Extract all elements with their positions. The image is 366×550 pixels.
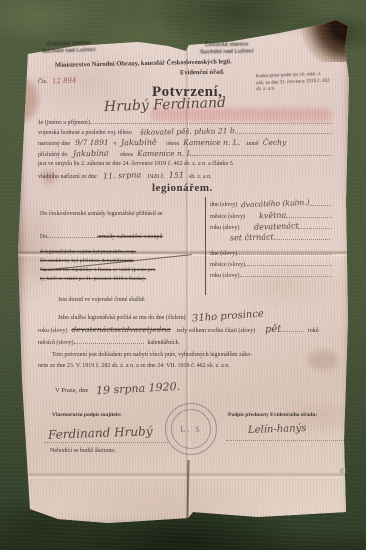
date-label: roku (slovy) [210,273,240,279]
domicile-place-handwritten: Jakubína [72,149,108,159]
photo-of-document-on-carpet: Četnická stanice Suchdol nad Lužnicí Čet… [0,0,366,550]
blank-line [274,233,330,240]
service-total-unit: roků [308,328,319,334]
law-paragraph-text: nem ze dne 23. V. 1919 č. 282 sb. z. a n… [38,363,230,369]
date-row-blank: roku (slovy) [210,270,332,279]
official-seal-stamp: L. S [165,403,217,455]
born-district-handwritten: Kamenice n. L. [183,138,240,147]
domicile-field-label: příslušný do [38,152,68,158]
office-header: Evidenční úřad. [180,69,225,77]
form-line-rank: vojenská hodnost a poslední voj. těleso … [38,127,332,136]
owner-signature-label: Vlastnoruční podpis majitele: [52,412,122,418]
service-total-label: tedy celkem vcelku čítati (slovy) [177,328,256,334]
strike-note-line: Nehodící se budiž škrtnuto. [50,448,116,454]
legionnaire-heading-text: legionářem. [152,182,213,194]
blank-line [240,270,333,277]
note-line: sb. z. a n. [256,85,330,94]
blank-line [74,337,144,344]
blank-line [90,117,332,124]
service-year-label: roku (slovy) [38,328,68,334]
signature-line-right [226,439,344,441]
enlist-line-2: Do armády zahraniční vstoupil [40,231,200,240]
document-content: Četnická stanice Suchdol nad Lužnicí Čet… [0,0,366,550]
born-in-label: v [114,141,117,147]
rubber-stamp-right: Četnická stanice Suchdol nad Lužnicí [200,42,254,57]
date-row: dne (slovy) dvacátého (kulm.) [210,199,332,208]
law2-mid: 1920 č. [147,174,165,180]
number-label: Čís. [38,79,48,85]
date-label: roku (slovy) [210,225,240,231]
date-value-handwritten: dvacátého (kulm.) [241,198,310,209]
enlist2-struck-text: armády zahraniční vstoupil [97,234,162,240]
chief-signature-label: Podpis přednosty Evidenčního úřadu: [228,412,317,418]
domicile-district-handwritten: Kamenice n. L. [137,149,194,158]
service-months-line: měsíců (slovy) kalendářních. [38,337,238,346]
service-year-line: roku (slovy) devatenáctsetdvacetjedna te… [38,324,332,335]
law2-number-handwritten: 151 [169,171,184,180]
born-land-label: země [246,141,259,147]
law1-text: jest ve smyslu §u 2. zákona ze dne 24. č… [38,161,234,167]
number-row: Čís. 12.894 [38,77,76,85]
blank-line [237,248,332,255]
blank-line [245,259,332,266]
service-count-label: Jeho služba legionářská počítá se mu do … [58,315,186,321]
domicile-district-label: okres [120,152,133,158]
date-row-blank: dne (slovy) [210,248,332,257]
ministry-line: Ministerstvo Národní Obrany, kancelář Če… [55,58,232,69]
service-months-unit: kalendářních. [148,340,180,346]
law2-post: sb. z. a n. [189,174,212,180]
date-label: dne (slovy) [210,202,237,208]
stamp-exemption-note: Kolku prost podle §u 18. odst. 2. zák. z… [256,72,330,94]
blank-line [310,199,332,206]
born-land-handwritten: Čechy [263,138,286,147]
owner-signature-text: Ferdinand Hrubý [48,424,153,442]
date-label: měsíce (slovy) [210,262,245,268]
blank-line [237,127,332,134]
born-place-handwritten: Jakubíně [121,138,157,148]
service-year-struck-handwritten: devatenáctsetdvacetjedna [72,325,171,334]
law-paragraph-line1: Toto potvrzení jest dokladem pro nabytí … [52,352,334,358]
enlist-label: Do československé armády legionářské při… [40,211,162,217]
law-paragraph-text: Toto potvrzení jest dokladem pro nabytí … [52,352,252,358]
owner-signature-label-text: Vlastnoruční podpis majitele: [52,412,122,418]
date-row: měsíce (slovy) května [210,211,332,220]
blank-line [194,149,332,156]
form-line-born: narozený dne 9/7 1891 v Jakubíně okres K… [38,138,332,147]
release-line: Z legionářského vojska byl propuštěn, re… [40,249,136,255]
stamp-line: Suchdol nad Lužnicí [200,48,254,56]
ministry-header: Ministerstvo Národní Obrany, kancelář Če… [55,56,335,69]
chief-signature-text: Lelín-hanýs [248,423,307,436]
release-line: ty, kteří se vrátili po 31. prosinci 191… [40,276,146,282]
seal-ls-text: L. S [180,425,201,434]
law2-date-handwritten: 11. srpna [103,170,142,180]
place-date-line: V Praze, dne 19 srpna 1920. [55,382,180,395]
enlist2-prefix: Do [40,234,47,240]
law2-pre: vládního nařízení ze dne [38,174,97,180]
date-row-blank: měsíce (slovy) [210,259,332,268]
rank-field-label: vojenská hodnost a poslední voj. těleso [38,130,132,136]
date-label: měsíce (slovy) [210,214,245,220]
date-value-handwritten: set čtrnáct [230,233,274,243]
date-label: dne (slovy) [210,251,237,257]
born-date-handwritten: 9/7 1891 [75,138,109,147]
stamp-line: Suchdol nad Lužnicí [42,47,96,56]
form-line-law2: vládního nařízení ze dne 11. srpna 1920 … [38,171,332,180]
place-date-label: V Praze, dne [55,387,88,394]
strike-note-text: Nehodící se budiž škrtnuto. [50,448,116,454]
date-value-handwritten: devatenáct [253,221,298,232]
born-district-label: okres [166,141,179,147]
release-text: ty, kteří se vrátili po 31. prosinci 191… [40,276,146,282]
date-row: roku (slovy) devatenáct [210,222,332,231]
name-field-label: že (jméno a příjmení) [38,120,90,126]
pencil-mark-text: 61. [340,468,350,475]
chief-signature-label-text: Podpis přednosty Evidenčního úřadu: [228,412,317,418]
law-paragraph-line2: nem ze dne 23. V. 1919 č. 282 sb. z. a n… [38,363,332,369]
date-row: set čtrnáct [230,233,330,242]
legionnaire-heading: legionářem. [152,182,213,194]
blank-line [286,211,332,218]
enlist-line: Do československé armády legionářské při… [40,211,162,217]
born-field-label: narozený dne [38,141,70,147]
signature-line-left [44,441,168,443]
release-text: Z legionářského vojska byl propuštěn, re… [40,249,136,255]
chief-signature-handwritten: Lelín-hanýs [248,423,307,436]
form-line-law1: jest ve smyslu §u 2. zákona ze dne 24. č… [38,161,332,167]
service-count-date-handwritten: 31ho prosince [191,309,263,325]
pencil-mark: 61. [340,468,350,475]
active-service-text: Jest dosud ve vojenské činné službě. [58,297,146,303]
blank-line [282,325,304,332]
owner-signature-handwritten: Ferdinand Hrubý [48,424,153,442]
place-date-handwritten: 19 srpna 1920. [96,380,181,397]
date-value-handwritten: května [259,211,287,221]
blank-line [298,222,332,229]
service-months-label: měsíců (slovy) [38,340,74,346]
blank-line [47,231,97,238]
office-line: Evidenční úřad. [180,69,225,77]
column-divider-2 [205,245,206,295]
rubber-stamp-left: Četnická stanice Suchdol nad Lužnicí [42,40,96,56]
service-total-value-handwritten: pět [265,324,282,336]
service-count-line: Jeho služba legionářská počítá se mu do … [58,311,332,322]
form-line-name: že (jméno a příjmení) [38,117,332,126]
number-value: 12.894 [51,76,76,85]
active-service-line: Jest dosud ve vojenské činné službě. [58,297,146,303]
rank-value-handwritten: šikovatel pěš. pluku 21 b. [140,126,237,137]
form-line-domicile: příslušný do Jakubína okres Kamenice n. … [38,149,332,158]
